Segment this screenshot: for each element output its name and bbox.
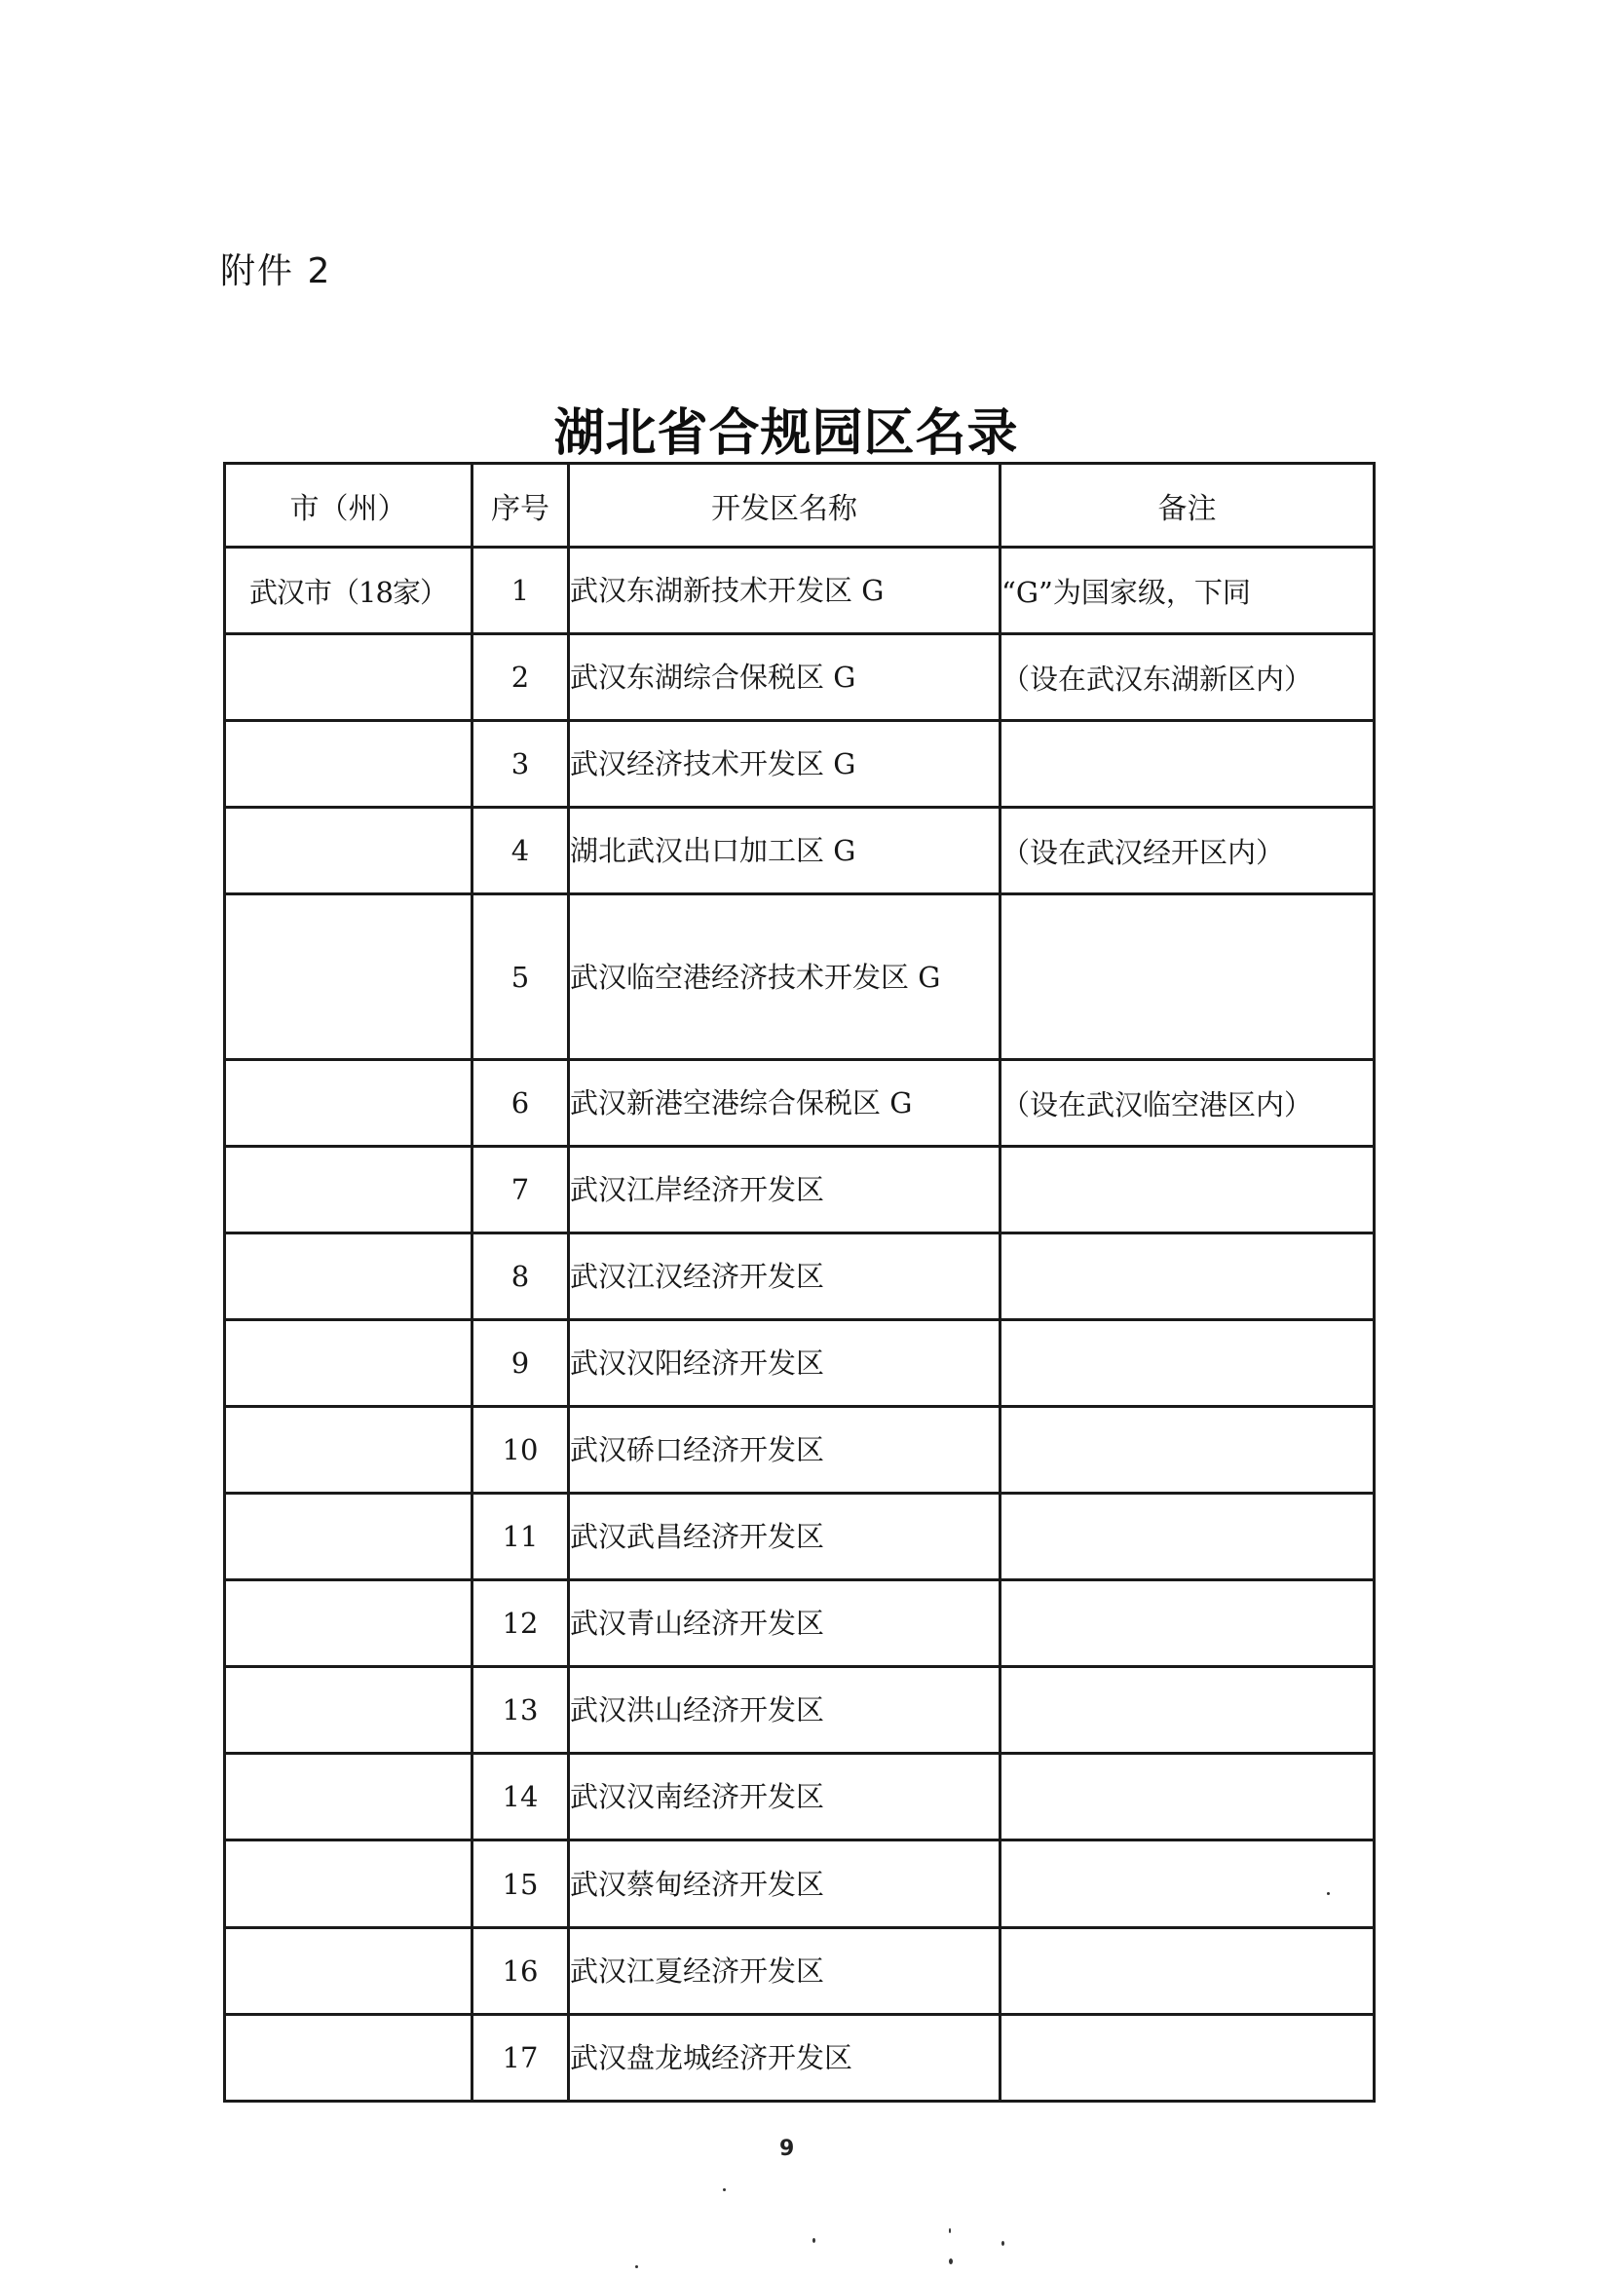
cell-city — [225, 894, 472, 1060]
cell-seq: 16 — [472, 1928, 569, 2015]
scan-speck — [1327, 1892, 1330, 1895]
cell-city — [225, 1840, 472, 1928]
cell-seq: 7 — [472, 1147, 569, 1233]
cell-seq: 14 — [472, 1754, 569, 1840]
cell-note — [1001, 721, 1375, 808]
cell-name: 武汉江岸经济开发区 — [569, 1147, 1001, 1233]
table-row: 2 武汉东湖综合保税区 G （设在武汉东湖新区内） — [225, 634, 1375, 721]
cell-seq: 15 — [472, 1840, 569, 1928]
table-row: 11 武汉武昌经济开发区 — [225, 1494, 1375, 1580]
table-row: 4 湖北武汉出口加工区 G （设在武汉经开区内） — [225, 808, 1375, 894]
table-row: 13 武汉洪山经济开发区 — [225, 1667, 1375, 1754]
table-row: 7 武汉江岸经济开发区 — [225, 1147, 1375, 1233]
table-row: 14 武汉汉南经济开发区 — [225, 1754, 1375, 1840]
scan-speck — [812, 2238, 815, 2243]
cell-note — [1001, 1320, 1375, 1407]
cell-city — [225, 1233, 472, 1320]
cell-note — [1001, 1580, 1375, 1667]
compliant-parks-table: 市（州） 序号 开发区名称 备注 武汉市（18家） 1 武汉东湖新技术开发区 G… — [223, 462, 1376, 2103]
cell-note: “G”为国家级，下同 — [1001, 548, 1375, 634]
cell-seq: 9 — [472, 1320, 569, 1407]
cell-note — [1001, 1754, 1375, 1840]
header-name: 开发区名称 — [569, 464, 1001, 548]
cell-city — [225, 1320, 472, 1407]
cell-name: 武汉洪山经济开发区 — [569, 1667, 1001, 1754]
cell-city — [225, 721, 472, 808]
table-row: 8 武汉江汉经济开发区 — [225, 1233, 1375, 1320]
table-row: 武汉市（18家） 1 武汉东湖新技术开发区 G “G”为国家级，下同 — [225, 548, 1375, 634]
cell-seq: 17 — [472, 2015, 569, 2102]
cell-city — [225, 1147, 472, 1233]
cell-seq: 4 — [472, 808, 569, 894]
cell-note — [1001, 1233, 1375, 1320]
cell-note — [1001, 894, 1375, 1060]
cell-name: 武汉临空港经济技术开发区 G — [569, 894, 1001, 1060]
cell-city — [225, 808, 472, 894]
table-row: 6 武汉新港空港综合保税区 G （设在武汉临空港区内） — [225, 1060, 1375, 1147]
cell-name: 武汉新港空港综合保税区 G — [569, 1060, 1001, 1147]
cell-city — [225, 1928, 472, 2015]
cell-seq: 10 — [472, 1407, 569, 1494]
table-row: 5 武汉临空港经济技术开发区 G — [225, 894, 1375, 1060]
scan-speck — [635, 2265, 638, 2268]
table-row: 16 武汉江夏经济开发区 — [225, 1928, 1375, 2015]
cell-seq: 12 — [472, 1580, 569, 1667]
table-row: 10 武汉硚口经济开发区 — [225, 1407, 1375, 1494]
cell-name: 武汉江汉经济开发区 — [569, 1233, 1001, 1320]
cell-name: 武汉东湖新技术开发区 G — [569, 548, 1001, 634]
table-row: 12 武汉青山经济开发区 — [225, 1580, 1375, 1667]
table-row: 17 武汉盘龙城经济开发区 — [225, 2015, 1375, 2102]
cell-name: 武汉江夏经济开发区 — [569, 1928, 1001, 2015]
cell-name: 湖北武汉出口加工区 G — [569, 808, 1001, 894]
cell-name: 武汉经济技术开发区 G — [569, 721, 1001, 808]
cell-note — [1001, 1494, 1375, 1580]
cell-note — [1001, 2015, 1375, 2102]
cell-city — [225, 1407, 472, 1494]
cell-name: 武汉汉南经济开发区 — [569, 1754, 1001, 1840]
header-note: 备注 — [1001, 464, 1375, 548]
cell-seq: 6 — [472, 1060, 569, 1147]
cell-city — [225, 1494, 472, 1580]
table-header-row: 市（州） 序号 开发区名称 备注 — [225, 464, 1375, 548]
table-row: 15 武汉蔡甸经济开发区 — [225, 1840, 1375, 1928]
table-row: 9 武汉汉阳经济开发区 — [225, 1320, 1375, 1407]
cell-city — [225, 634, 472, 721]
cell-seq: 13 — [472, 1667, 569, 1754]
scan-speck — [1001, 2241, 1004, 2246]
cell-name: 武汉汉阳经济开发区 — [569, 1320, 1001, 1407]
cell-name: 武汉武昌经济开发区 — [569, 1494, 1001, 1580]
scan-speck — [723, 2188, 726, 2191]
cell-seq: 2 — [472, 634, 569, 721]
cell-note — [1001, 1667, 1375, 1754]
cell-note: （设在武汉经开区内） — [1001, 808, 1375, 894]
cell-name: 武汉硚口经济开发区 — [569, 1407, 1001, 1494]
cell-note — [1001, 1407, 1375, 1494]
cell-name: 武汉蔡甸经济开发区 — [569, 1840, 1001, 1928]
cell-seq: 8 — [472, 1233, 569, 1320]
header-seq: 序号 — [472, 464, 569, 548]
cell-note — [1001, 1147, 1375, 1233]
page-number: 9 — [779, 2137, 794, 2161]
cell-note — [1001, 1928, 1375, 2015]
cell-note — [1001, 1840, 1375, 1928]
document-title: 湖北省合规园区名录 — [0, 392, 1572, 465]
cell-seq: 11 — [472, 1494, 569, 1580]
attachment-label: 附件 2 — [220, 244, 331, 293]
cell-city: 武汉市（18家） — [225, 548, 472, 634]
cell-name: 武汉盘龙城经济开发区 — [569, 2015, 1001, 2102]
cell-city — [225, 1667, 472, 1754]
cell-city — [225, 1754, 472, 1840]
cell-note: （设在武汉东湖新区内） — [1001, 634, 1375, 721]
table-row: 3 武汉经济技术开发区 G — [225, 721, 1375, 808]
cell-city — [225, 2015, 472, 2102]
scan-speck — [949, 2228, 951, 2233]
cell-seq: 3 — [472, 721, 569, 808]
cell-seq: 1 — [472, 548, 569, 634]
header-city: 市（州） — [225, 464, 472, 548]
cell-name: 武汉东湖综合保税区 G — [569, 634, 1001, 721]
cell-city — [225, 1060, 472, 1147]
cell-city — [225, 1580, 472, 1667]
cell-seq: 5 — [472, 894, 569, 1060]
cell-name: 武汉青山经济开发区 — [569, 1580, 1001, 1667]
scan-speck — [949, 2258, 953, 2264]
cell-note: （设在武汉临空港区内） — [1001, 1060, 1375, 1147]
